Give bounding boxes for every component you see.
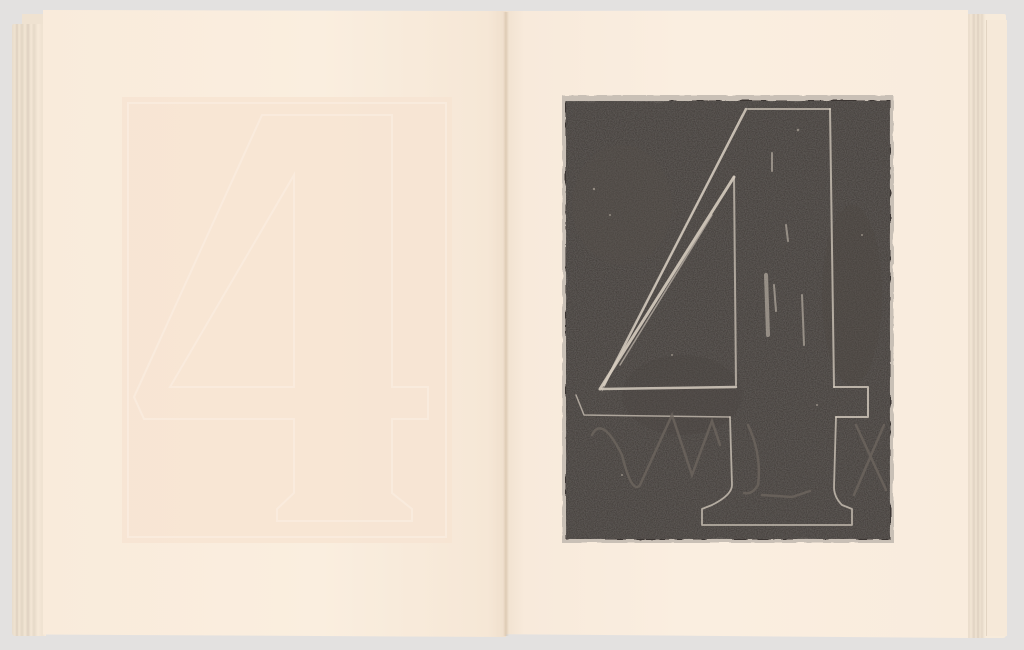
right-page-stack-edge [986, 20, 1007, 636]
open-book: 4 [0, 0, 1024, 650]
numeral-four-artwork [562, 95, 894, 543]
book-gutter [503, 12, 509, 636]
artwork-print: 4 [562, 95, 894, 543]
left-page-stack-edge [22, 14, 46, 24]
ghost-numeral-outline [122, 97, 452, 543]
left-page-stack [12, 24, 46, 636]
